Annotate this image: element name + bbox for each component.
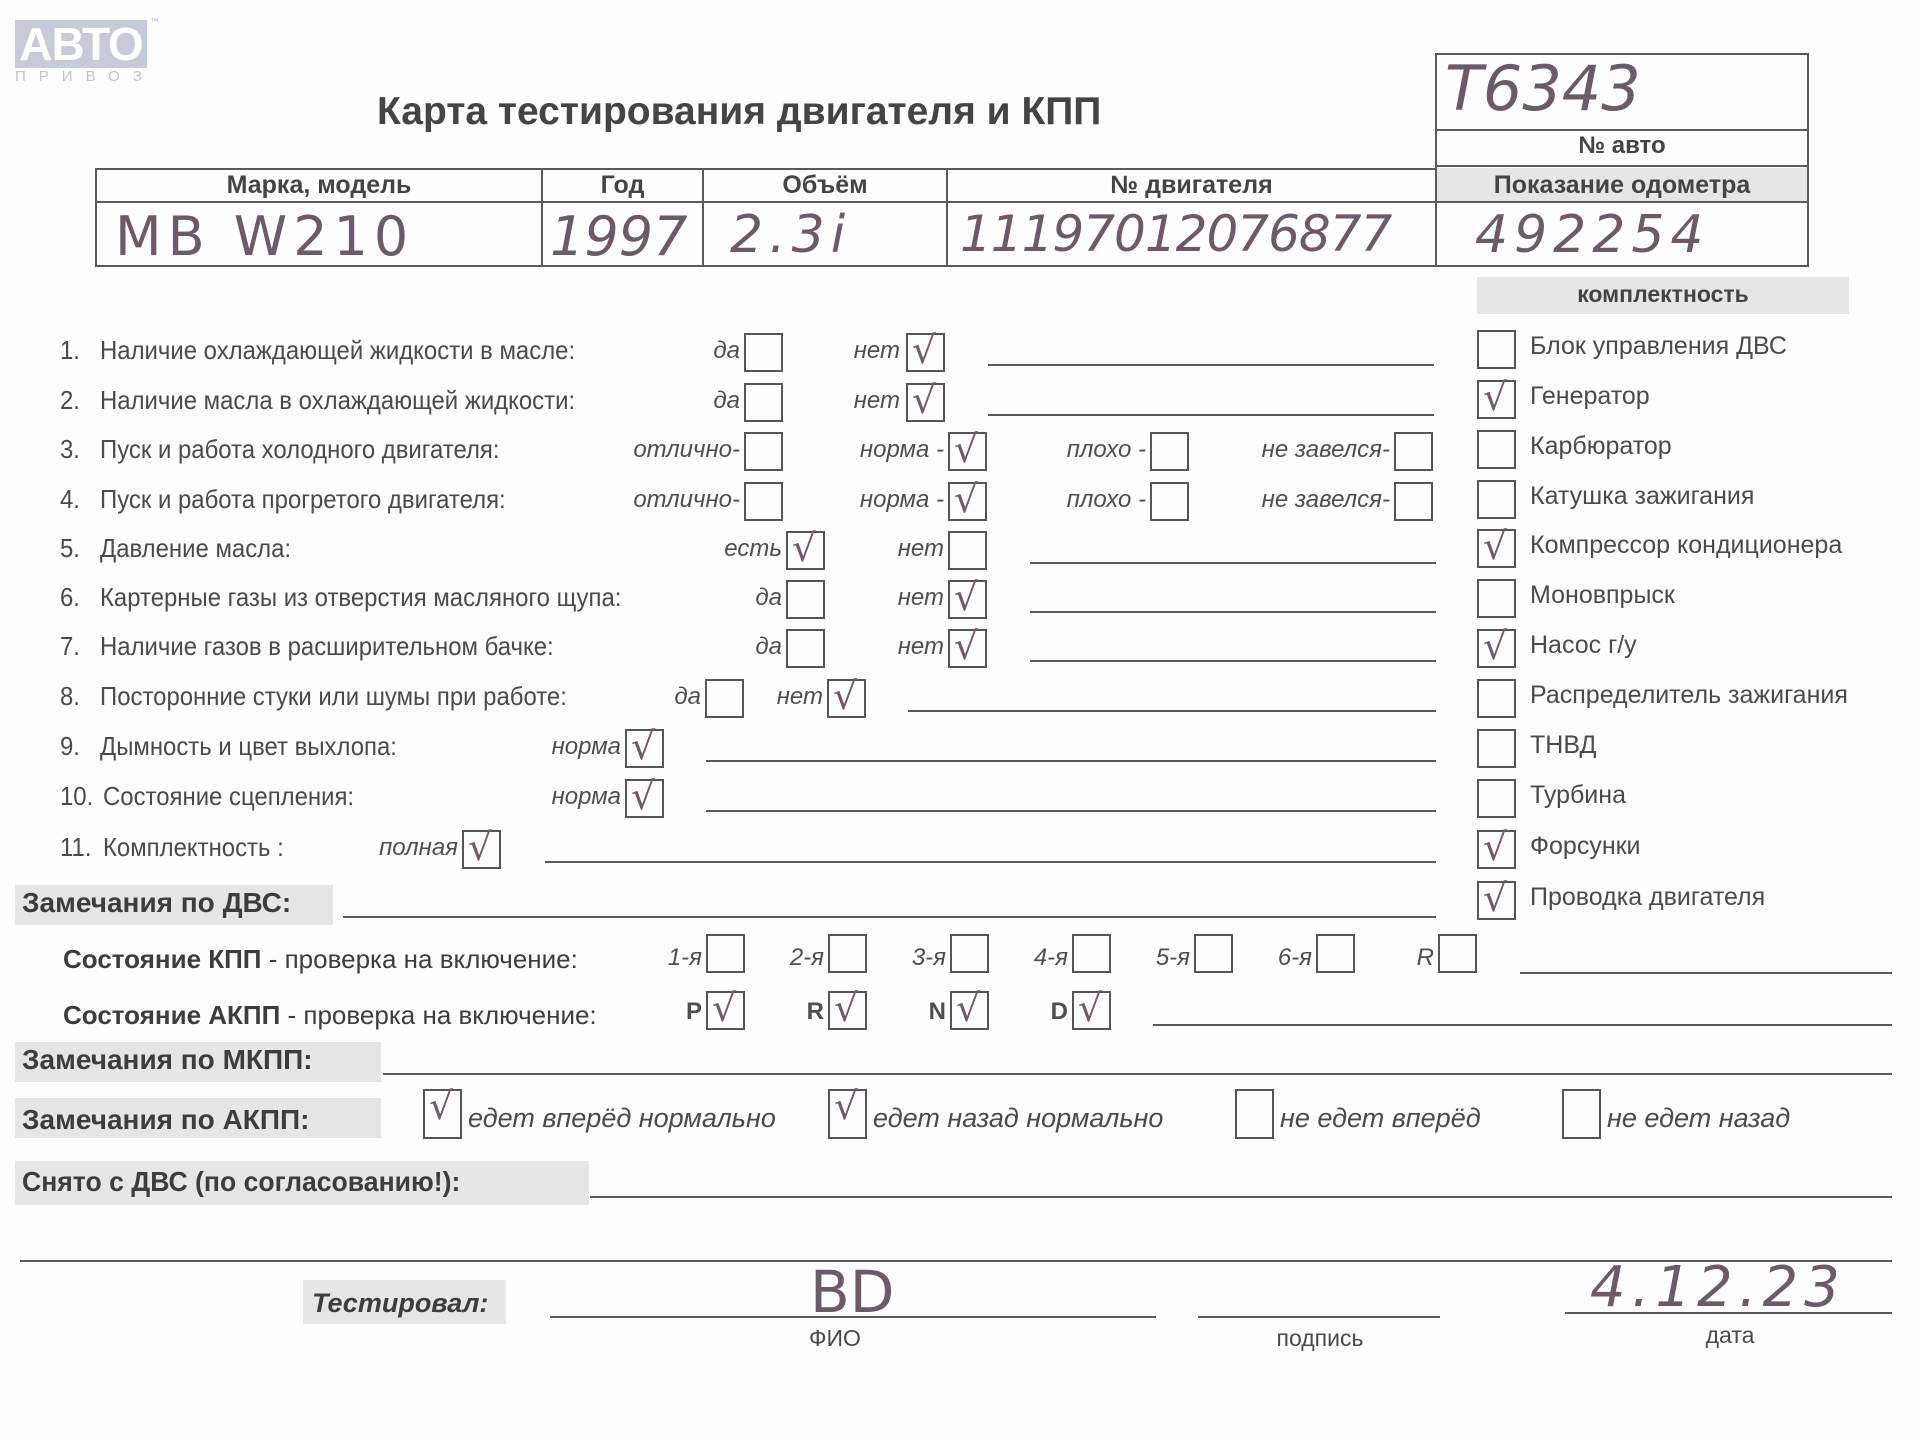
q11-option-1-checkbox[interactable]: √ [462, 830, 501, 869]
header-year: Год [543, 171, 702, 200]
logo-trademark: ™ [150, 16, 159, 26]
manual-gear-2-checkbox[interactable] [828, 934, 867, 973]
option-label: нет [784, 633, 944, 661]
auto-gear-label: N [916, 998, 946, 1026]
option-label: нет [784, 584, 944, 612]
header-engine-number: № двигателя [948, 171, 1435, 200]
completeness-item-label: Катушка зажигания [1530, 482, 1754, 511]
completeness-item-label: Моновпрыск [1530, 581, 1675, 610]
date-caption: дата [1640, 1322, 1820, 1349]
option-label: норма [461, 733, 621, 761]
manual-gear-4-checkbox[interactable] [1072, 934, 1111, 973]
q8-option-2-checkbox[interactable]: √ [827, 679, 866, 718]
volume-value[interactable]: 2.3i [730, 205, 851, 265]
manual-gear-7-checkbox[interactable] [1438, 934, 1477, 973]
question-number: 7. [60, 631, 80, 662]
completeness-checkbox-3[interactable] [1477, 430, 1516, 469]
checkmark-icon: √ [954, 576, 978, 618]
option-label: не завелся- [1230, 486, 1390, 514]
completeness-checkbox-12[interactable]: √ [1477, 881, 1516, 920]
manual-gear-label: 4-я [1008, 944, 1068, 972]
akpp-option-label: едет назад нормально [873, 1103, 1163, 1134]
remarks-engine-label: Замечания по ДВС: [22, 887, 291, 919]
checkmark-icon: √ [956, 987, 980, 1029]
q4-option-4-checkbox[interactable] [1394, 482, 1433, 521]
completeness-title: комплектность [1477, 281, 1849, 308]
question-text: Комплектность : [103, 832, 284, 863]
auto-number-label: № авто [1437, 132, 1807, 160]
completeness-item-label: ТНВД [1530, 731, 1596, 760]
question-text: Посторонние стуки или шумы при работе: [100, 681, 567, 712]
auto-gearbox-notes-field[interactable] [1153, 1024, 1892, 1026]
checkmark-icon: √ [833, 675, 857, 717]
option-label: нет [784, 535, 944, 563]
option-label: отлично- [580, 486, 740, 514]
manual-gear-label: 3-я [886, 944, 946, 972]
checkmark-icon: √ [1483, 376, 1507, 418]
option-label: полная [298, 834, 458, 862]
checkmark-icon: √ [954, 478, 978, 520]
q10-option-1-checkbox[interactable]: √ [625, 779, 664, 818]
akpp-option-2-checkbox[interactable]: √ [828, 1089, 867, 1139]
removed-from-engine-label: Снято с ДВС (по согласованию!): [22, 1166, 460, 1198]
completeness-checkbox-7[interactable]: √ [1477, 629, 1516, 668]
option-label: отлично- [580, 436, 740, 464]
signature-field[interactable] [1198, 1316, 1440, 1318]
question-number: 2. [60, 385, 80, 416]
auto-gearbox-label: Состояние АКПП - проверка на включение: [63, 1000, 597, 1031]
year-value[interactable]: 1997 [550, 205, 687, 268]
akpp-option-1-checkbox[interactable]: √ [423, 1089, 462, 1139]
completeness-checkbox-1[interactable] [1477, 330, 1516, 369]
question-number: 8. [60, 681, 80, 712]
completeness-checkbox-4[interactable] [1477, 480, 1516, 519]
option-label: норма - [784, 486, 944, 514]
question-number: 9. [60, 731, 80, 762]
checkmark-icon: √ [712, 987, 736, 1029]
page-title: Карта тестирования двигателя и КПП [377, 90, 1101, 134]
checkmark-icon: √ [834, 987, 858, 1029]
auto-gear-label: R [794, 998, 824, 1026]
name-caption: ФИО [740, 1325, 930, 1352]
checkmark-icon: √ [631, 775, 655, 817]
q2-notes-field[interactable] [988, 414, 1434, 416]
remarks-manual-field[interactable] [383, 1073, 1892, 1075]
remarks-manual-label: Замечания по МКПП: [22, 1044, 313, 1076]
question-text: Наличие охлаждающей жидкости в масле: [100, 335, 575, 366]
option-label: норма [461, 783, 621, 811]
option-label: не завелся- [1230, 436, 1390, 464]
checkmark-icon: √ [631, 725, 655, 767]
manual-gear-5-checkbox[interactable] [1194, 934, 1233, 973]
question-text: Пуск и работа прогретого двигателя: [100, 484, 506, 515]
akpp-option-label: не едет вперёд [1280, 1103, 1481, 1134]
checkmark-icon: √ [1483, 525, 1507, 567]
q10-notes-field[interactable] [706, 810, 1436, 812]
auto-number-value[interactable]: T6343 [1445, 52, 1641, 125]
remarks-auto-label: Замечания по АКПП: [22, 1104, 309, 1136]
tester-name-field[interactable] [550, 1316, 1156, 1318]
completeness-item-label: Насос г/у [1530, 631, 1637, 660]
auto-gear-r-checkbox[interactable]: √ [828, 991, 867, 1030]
option-label: есть [622, 535, 782, 563]
akpp-option-4-checkbox[interactable] [1562, 1089, 1601, 1139]
checkmark-icon: √ [1078, 987, 1102, 1029]
checkmark-icon: √ [954, 625, 978, 667]
remarks-engine-field[interactable] [343, 916, 1436, 918]
question-number: 10. [60, 781, 93, 812]
q6-option-2-checkbox[interactable]: √ [948, 580, 987, 619]
checkmark-icon: √ [954, 428, 978, 470]
q4-option-2-checkbox[interactable]: √ [948, 482, 987, 521]
auto-gear-p-checkbox[interactable]: √ [706, 991, 745, 1030]
completeness-item-label: Генератор [1530, 382, 1650, 411]
completeness-checkbox-9[interactable] [1477, 729, 1516, 768]
header-volume: Объём [704, 171, 946, 200]
checkmark-icon: √ [1483, 826, 1507, 868]
auto-gear-n-checkbox[interactable]: √ [950, 991, 989, 1030]
completeness-checkbox-5[interactable]: √ [1477, 529, 1516, 568]
logo: АВТО [15, 20, 147, 68]
checkmark-icon: √ [912, 329, 936, 371]
completeness-item-label: Турбина [1530, 781, 1626, 810]
option-label: норма - [784, 436, 944, 464]
q4-option-3-checkbox[interactable] [1150, 482, 1189, 521]
completeness-checkbox-6[interactable] [1477, 579, 1516, 618]
checkmark-icon: √ [468, 826, 492, 868]
manual-gear-label: 2-я [764, 944, 824, 972]
completeness-item-label: Блок управления ДВС [1530, 332, 1787, 361]
option-label: нет [740, 337, 900, 365]
completeness-item-label: Карбюратор [1530, 432, 1672, 461]
question-text: Наличие масла в охлаждающей жидкости: [100, 385, 575, 416]
question-text: Картерные газы из отверстия масляного щу… [100, 582, 621, 613]
q3-option-2-checkbox[interactable]: √ [948, 432, 987, 471]
q1-option-2-checkbox[interactable]: √ [906, 333, 945, 372]
q4-option-1-checkbox[interactable] [744, 482, 783, 521]
completeness-item-label: Распределитель зажигания [1530, 681, 1848, 710]
engine-number-value[interactable]: 11197012076877 [960, 205, 1391, 263]
q5-option-2-checkbox[interactable] [948, 531, 987, 570]
auto-gear-label: D [1038, 998, 1068, 1026]
date-value[interactable]: 4.12.23 [1590, 1255, 1846, 1320]
manual-gearbox-notes-field[interactable] [1520, 972, 1892, 974]
question-text: Дымность и цвет выхлопа: [100, 731, 397, 762]
completeness-item-label: Компрессор кондиционера [1530, 531, 1842, 560]
logo-subtitle: ПРИВОЗ [15, 68, 150, 85]
question-text: Пуск и работа холодного двигателя: [100, 434, 500, 465]
manual-gear-3-checkbox[interactable] [950, 934, 989, 973]
q11-notes-field[interactable] [545, 861, 1436, 863]
auto-gear-d-checkbox[interactable]: √ [1072, 991, 1111, 1030]
completeness-checkbox-10[interactable] [1477, 779, 1516, 818]
manual-gear-1-checkbox[interactable] [706, 934, 745, 973]
completeness-checkbox-11[interactable]: √ [1477, 830, 1516, 869]
question-number: 6. [60, 582, 80, 613]
make-model-value[interactable]: MB W210 [115, 205, 414, 268]
q6-notes-field[interactable] [1030, 611, 1436, 613]
option-label: да [580, 337, 740, 365]
q5-notes-field[interactable] [1030, 562, 1436, 564]
header-odometer: Показание одометра [1437, 171, 1807, 200]
date-field[interactable] [1565, 1312, 1892, 1314]
question-number: 11. [60, 832, 91, 863]
option-label: да [622, 584, 782, 612]
q7-option-2-checkbox[interactable]: √ [948, 629, 987, 668]
checkmark-icon: √ [429, 1085, 453, 1127]
question-number: 1. [60, 335, 80, 366]
option-label: да [622, 633, 782, 661]
q9-option-1-checkbox[interactable]: √ [625, 729, 664, 768]
checkmark-icon: √ [1483, 625, 1507, 667]
q2-option-2-checkbox[interactable]: √ [906, 383, 945, 422]
removed-from-engine-field[interactable] [590, 1196, 1892, 1198]
manual-gear-label: 6-я [1252, 944, 1312, 972]
checkmark-icon: √ [912, 379, 936, 421]
q9-notes-field[interactable] [706, 760, 1436, 762]
option-label: плохо - [986, 486, 1146, 514]
option-label: плохо - [986, 436, 1146, 464]
akpp-option-label: едет вперёд нормально [468, 1103, 776, 1134]
tested-by-label: Тестировал: [312, 1288, 488, 1319]
option-label: да [580, 387, 740, 415]
question-text: Состояние сцепления: [103, 781, 354, 812]
q3-option-1-checkbox[interactable] [744, 432, 783, 471]
manual-gearbox-label: Состояние КПП - проверка на включение: [63, 944, 578, 975]
manual-gear-6-checkbox[interactable] [1316, 934, 1355, 973]
question-number: 5. [60, 533, 80, 564]
manual-gear-label: 5-я [1130, 944, 1190, 972]
manual-gear-label: R [1374, 944, 1434, 972]
akpp-option-label: не едет назад [1607, 1103, 1790, 1134]
checkmark-icon: √ [1483, 877, 1507, 919]
option-label: нет [740, 387, 900, 415]
completeness-item-label: Проводка двигателя [1530, 883, 1765, 912]
completeness-item-label: Форсунки [1530, 832, 1641, 861]
odometer-value[interactable]: 492254 [1475, 205, 1710, 265]
q3-option-4-checkbox[interactable] [1394, 432, 1433, 471]
completeness-checkbox-2[interactable]: √ [1477, 380, 1516, 419]
q1-notes-field[interactable] [988, 364, 1434, 366]
signature-caption: подпись [1220, 1325, 1420, 1352]
question-number: 3. [60, 434, 80, 465]
question-text: Наличие газов в расширительном бачке: [100, 631, 554, 662]
header-make-model: Марка, модель [97, 171, 541, 200]
option-label: нет [663, 683, 823, 711]
completeness-checkbox-8[interactable] [1477, 679, 1516, 718]
q8-notes-field[interactable] [908, 710, 1436, 712]
manual-gear-label: 1-я [642, 944, 702, 972]
question-number: 4. [60, 484, 80, 515]
auto-gear-label: P [672, 998, 702, 1026]
akpp-option-3-checkbox[interactable] [1235, 1089, 1274, 1139]
q3-option-3-checkbox[interactable] [1150, 432, 1189, 471]
checkmark-icon: √ [834, 1085, 858, 1127]
question-text: Давление масла: [100, 533, 291, 564]
q7-notes-field[interactable] [1030, 660, 1436, 662]
